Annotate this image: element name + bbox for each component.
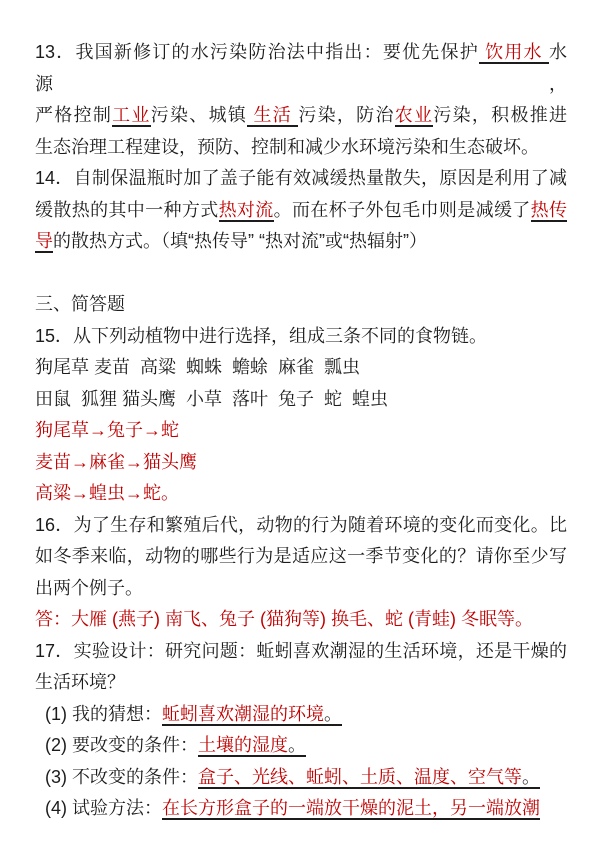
- question-17-item-4: (4) 试验方法：在长方形盒子的一端放干燥的泥土，另一端放潮: [35, 793, 567, 825]
- document-page: 13．我国新修订的水污染防治法中指出：要优先保护 饮用水 水源，严格控制工业污染…: [0, 0, 596, 842]
- text-segment: 。而在杯子外包毛巾则是减缓了: [274, 200, 531, 220]
- question-15-answer: 狗尾草→兔子→蛇麦苗→麻雀→猫头鹰高粱→蝗虫→蛇。: [35, 415, 567, 510]
- text-line: 麦苗→麻雀→猫头鹰: [35, 447, 567, 479]
- text-segment: (4) 试验方法：: [45, 798, 162, 818]
- question-16: 16．为了生存和繁殖后代，动物的行为随着环境的变化而变化。比如冬季来临，动物的哪…: [35, 510, 567, 605]
- text-segment: 出两个例子。: [35, 578, 143, 598]
- answer-blank: 生活: [247, 105, 298, 127]
- text-segment: 严格控制: [35, 105, 112, 125]
- text-segment: 15．从下列动植物中进行选择，组成三条不同的食物链。: [35, 326, 487, 346]
- text-line: 答：大雁 (燕子) 南飞、兔子 (猫狗等) 换毛、蛇 (青蛙) 冬眠等。: [35, 604, 567, 636]
- answer-blank: 蚯蚓喜欢潮湿的环境: [162, 704, 324, 726]
- answer-blank: 导: [35, 231, 53, 253]
- text-segment: 16．为了生存和繁殖后代，动物的行为随着环境的变化而变化。比: [35, 515, 567, 535]
- text-line: 13．我国新修订的水污染防治法中指出：要优先保护 饮用水 水源，: [35, 37, 567, 100]
- text-segment: 如冬季来临，动物的哪些行为是适应这一季节变化的？请你至少写: [35, 546, 567, 566]
- answer-text: 麦苗→麻雀→猫头鹰: [35, 452, 197, 472]
- answer-text: 高粱→蝗虫→蛇。: [35, 483, 179, 503]
- answer-blank: 饮用水: [479, 42, 549, 64]
- question-15-word-bank: 狗尾草 麦苗 高粱 蜘蛛 蟾蜍 麻雀 瓢虫田鼠 狐狸 猫头鹰 小草 落叶 兔子 …: [35, 352, 567, 415]
- text-line: 出两个例子。: [35, 573, 567, 605]
- text-segment: (3) 不改变的条件：: [45, 767, 198, 787]
- question-13: 13．我国新修订的水污染防治法中指出：要优先保护 饮用水 水源，严格控制工业污染…: [35, 37, 567, 163]
- answer-text: 狗尾草→兔子→蛇: [35, 420, 179, 440]
- text-line: (3) 不改变的条件：盒子、光线、蚯蚓、土质、温度、空气等。: [45, 762, 567, 794]
- text-line: (4) 试验方法：在长方形盒子的一端放干燥的泥土，另一端放潮: [45, 793, 567, 825]
- answer-blank: 农业: [395, 105, 434, 127]
- text-segment: 生态治理工程建设，预防、控制和减少水环境污染和生态破坏。: [35, 137, 539, 157]
- answer-blank: 热对流: [219, 200, 274, 222]
- text-segment: 的散热方式。（填“热传导” “热对流”或“热辐射”）: [53, 231, 427, 251]
- answer-blank: 盒子、光线、蚯蚓、土质、温度、空气等: [198, 767, 522, 789]
- document-body: 13．我国新修订的水污染防治法中指出：要优先保护 饮用水 水源，严格控制工业污染…: [35, 37, 567, 825]
- text-segment: 13．我国新修订的水污染防治法中指出：要优先保护: [35, 42, 479, 62]
- text-line: 严格控制工业污染、城镇 生活 污染，防治农业污染，积极推进: [35, 100, 567, 132]
- text-segment: 14．自制保温瓶时加了盖子能有效减缓热量散失，原因是利用了减: [35, 168, 567, 188]
- question-15: 15．从下列动植物中进行选择，组成三条不同的食物链。: [35, 321, 567, 353]
- question-14: 14．自制保温瓶时加了盖子能有效减缓热量散失，原因是利用了减缓散热的其中一种方式…: [35, 163, 567, 258]
- text-segment: 污染，防治: [298, 105, 394, 125]
- text-segment: 缓散热的其中一种方式: [35, 200, 219, 220]
- text-segment: 污染，积极推进: [433, 105, 567, 125]
- text-line: 14．自制保温瓶时加了盖子能有效减缓热量散失，原因是利用了减: [35, 163, 567, 195]
- text-segment: 狗尾草 麦苗 高粱 蜘蛛 蟾蜍 麻雀 瓢虫: [35, 357, 360, 377]
- text-line: 16．为了生存和繁殖后代，动物的行为随着环境的变化而变化。比: [35, 510, 567, 542]
- text-segment: 污染、城镇: [151, 105, 247, 125]
- question-17-item-1: (1) 我的猜想：蚯蚓喜欢潮湿的环境。: [35, 699, 567, 731]
- text-line: 狗尾草 麦苗 高粱 蜘蛛 蟾蜍 麻雀 瓢虫: [35, 352, 567, 384]
- text-line: 缓散热的其中一种方式热对流。而在杯子外包毛巾则是减缓了热传: [35, 195, 567, 227]
- text-line: 狗尾草→兔子→蛇: [35, 415, 567, 447]
- answer-text: 答：大雁 (燕子) 南飞、兔子 (猫狗等) 换毛、蛇 (青蛙) 冬眠等。: [35, 609, 533, 629]
- underline-segment: 。: [288, 735, 306, 757]
- text-segment: (2) 要改变的条件：: [45, 735, 198, 755]
- question-16-answer: 答：大雁 (燕子) 南飞、兔子 (猫狗等) 换毛、蛇 (青蛙) 冬眠等。: [35, 604, 567, 636]
- text-line: 15．从下列动植物中进行选择，组成三条不同的食物链。: [35, 321, 567, 353]
- text-line: 如冬季来临，动物的哪些行为是适应这一季节变化的？请你至少写: [35, 541, 567, 573]
- text-line: 生活环境？: [35, 667, 567, 699]
- text-segment: 田鼠 狐狸 猫头鹰 小草 落叶 兔子 蛇 蝗虫: [35, 389, 388, 409]
- underline-segment: 。: [324, 704, 342, 726]
- answer-blank: 热传: [531, 200, 567, 222]
- text-segment: (1) 我的猜想：: [45, 704, 162, 724]
- text-segment: 三、简答题: [35, 294, 125, 314]
- text-line: 田鼠 狐狸 猫头鹰 小草 落叶 兔子 蛇 蝗虫: [35, 384, 567, 416]
- answer-blank: 工业: [112, 105, 151, 127]
- text-segment: 生活环境？: [35, 672, 125, 692]
- text-line: 三、简答题: [35, 289, 567, 321]
- text-line: 高粱→蝗虫→蛇。: [35, 478, 567, 510]
- text-line: (2) 要改变的条件：土壤的湿度。: [45, 730, 567, 762]
- underline-segment: 。: [522, 767, 540, 789]
- answer-blank: 土壤的湿度: [198, 735, 288, 757]
- text-line: 生态治理工程建设，预防、控制和减少水环境污染和生态破坏。: [35, 132, 567, 164]
- text-line: 导的散热方式。（填“热传导” “热对流”或“热辐射”）: [35, 226, 567, 258]
- section-title: 三、简答题: [35, 289, 567, 321]
- question-17-item-3: (3) 不改变的条件：盒子、光线、蚯蚓、土质、温度、空气等。: [35, 762, 567, 794]
- question-17: 17．实验设计：研究问题：蚯蚓喜欢潮湿的生活环境，还是干燥的生活环境？: [35, 636, 567, 699]
- text-segment: 17．实验设计：研究问题：蚯蚓喜欢潮湿的生活环境，还是干燥的: [35, 641, 567, 661]
- answer-blank: 在长方形盒子的一端放干燥的泥土，另一端放潮: [162, 798, 540, 820]
- text-line: (1) 我的猜想：蚯蚓喜欢潮湿的环境。: [45, 699, 567, 731]
- question-17-item-2: (2) 要改变的条件：土壤的湿度。: [35, 730, 567, 762]
- text-line: 17．实验设计：研究问题：蚯蚓喜欢潮湿的生活环境，还是干燥的: [35, 636, 567, 668]
